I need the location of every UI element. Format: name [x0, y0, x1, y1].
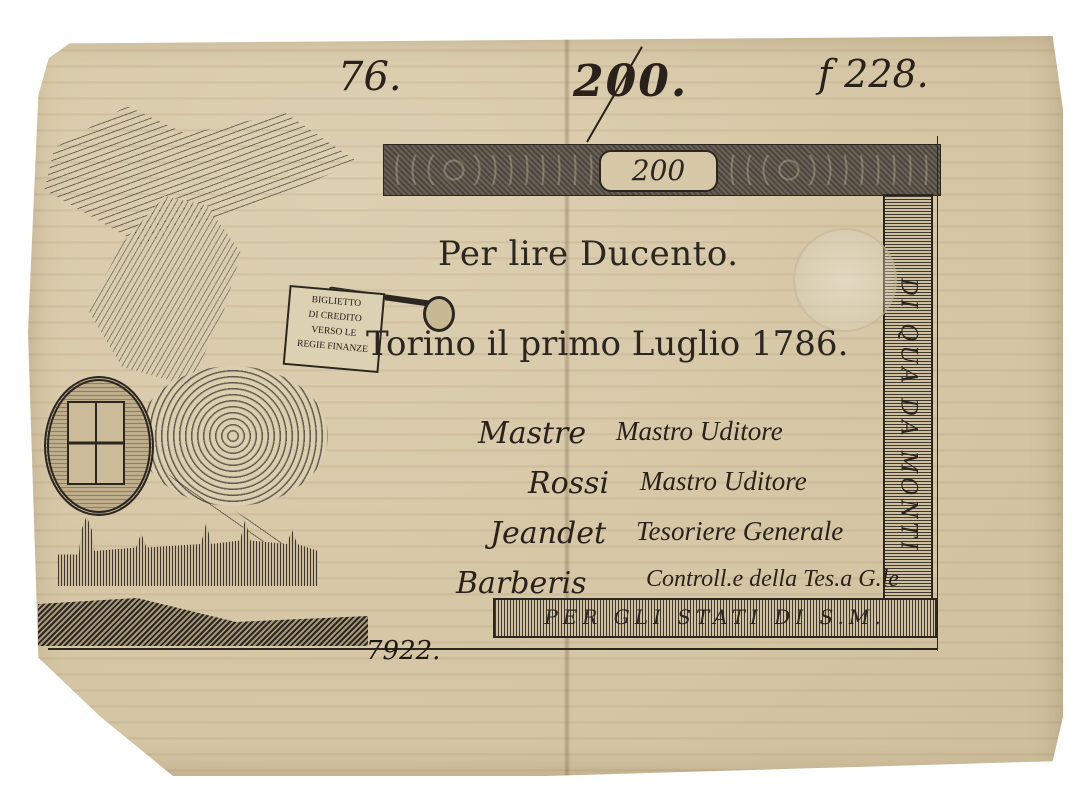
bottom-ornamental-band: PER GLI STATI DI S.M. — [493, 598, 937, 638]
coat-of-arms-icon — [44, 376, 154, 516]
handwritten-number: 76. — [338, 54, 402, 100]
shield-quarters — [67, 401, 125, 485]
issue-date: Torino il primo Luglio 1786. — [366, 324, 848, 364]
city-skyline-engraving — [58, 516, 318, 586]
embossed-seal — [793, 228, 897, 332]
handwritten-amount: 200. — [573, 56, 688, 107]
landscape-urn-engraving — [38, 586, 368, 646]
engraving-vignette: BIGLIETTO DI CREDITO VERSO LE REGIE FINA… — [28, 106, 378, 648]
signature-name: Mastre — [478, 416, 586, 451]
banknote: 76. 200. f 228. 200 DI QUA DA MONTI PER … — [28, 36, 1063, 776]
side-band-text: DI QUA DA MONTI — [896, 278, 921, 554]
denomination-cartouche: 200 — [599, 150, 718, 192]
top-ornamental-band: 200 — [383, 144, 941, 196]
frame-line — [937, 136, 938, 651]
signature-name: Jeandet — [490, 516, 606, 551]
flourish-ornament — [729, 155, 929, 185]
signature-title: Tesoriere Generale — [636, 516, 843, 547]
cloud-engraving — [138, 366, 328, 506]
signature-name: Barberis — [456, 566, 587, 601]
handwritten-reference: f 228. — [818, 52, 929, 96]
signature-title: Mastro Uditore — [616, 416, 783, 447]
frame-line — [48, 648, 938, 650]
serial-number: 7922. — [366, 636, 440, 666]
flourish-ornament — [394, 155, 594, 185]
denomination-title: Per lire Ducento. — [438, 234, 739, 274]
signature-name: Rossi — [528, 466, 609, 501]
signature-title: Controll.e della Tes.a G.le — [646, 566, 899, 593]
signature-title: Mastro Uditore — [640, 466, 807, 497]
bottom-band-text: PER GLI STATI DI S.M. — [495, 600, 935, 634]
